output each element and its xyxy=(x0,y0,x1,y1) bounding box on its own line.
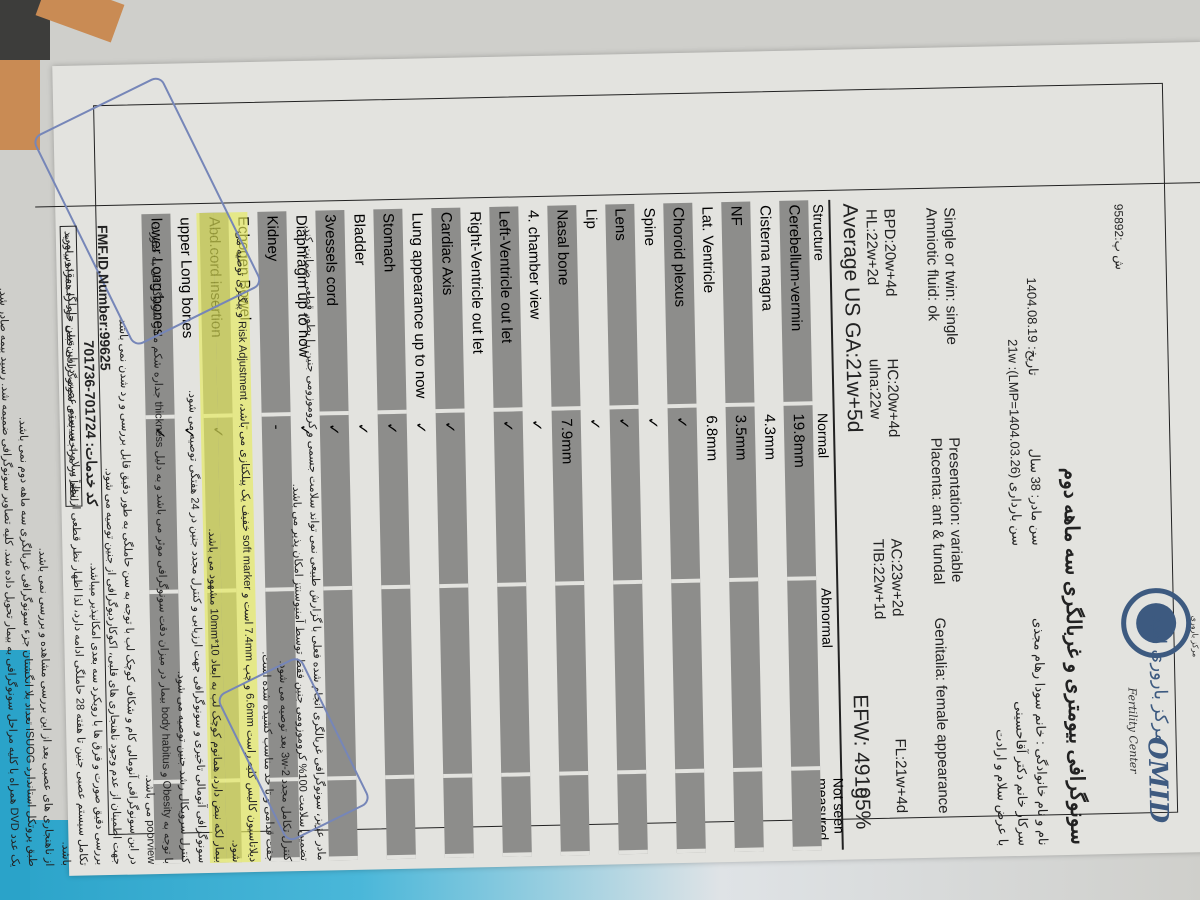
cell-normal: ✓ xyxy=(494,411,527,587)
cell-not-seen xyxy=(733,771,764,852)
amniotic-fluid: Amniotic fluid: ok xyxy=(922,208,941,322)
presentation: Presentation: variable xyxy=(945,437,965,582)
cell-structure: Lung appearance up to now xyxy=(402,208,435,414)
ulna: ulna:22w xyxy=(866,359,884,419)
cell-not-seen xyxy=(472,777,503,858)
hc: HC:20w+4d xyxy=(884,358,903,437)
cell-abnormal xyxy=(468,587,501,778)
cell-abnormal xyxy=(642,583,675,774)
cell-structure: Cardiac Axis xyxy=(431,208,464,414)
cell-normal: ✓ xyxy=(581,409,614,585)
cell-structure: Lip xyxy=(576,205,609,411)
report-date: تاریخ: 1404.08.19 xyxy=(1023,277,1041,375)
fmf-id: FMF.ID.Number:99625 کد خدمات: 701724-701… xyxy=(60,225,117,507)
background-wood-block xyxy=(0,60,40,150)
cell-normal: ✓ xyxy=(523,411,556,587)
cell-not-seen xyxy=(414,778,445,859)
cell-abnormal xyxy=(555,585,588,776)
referrer: سرکار خانم دکتر آقاحسینی xyxy=(1012,701,1031,846)
cell-not-seen xyxy=(762,771,793,852)
cell-abnormal xyxy=(352,589,385,780)
efw: EFW: 491g xyxy=(848,694,874,799)
cell-structure: Cerebellum-vermin xyxy=(779,200,812,406)
cell-structure: Cisterna magna xyxy=(750,201,783,407)
file-number: ش پ:95892 xyxy=(1111,204,1126,270)
cell-not-seen xyxy=(443,777,474,858)
header-abnormal: Abnormal xyxy=(816,580,840,770)
report-header: ش پ:95892 مرکز باروری مرکز باروری امید O… xyxy=(1075,192,1200,844)
greeting: با عرض سلام و ارادت xyxy=(992,729,1010,846)
cell-not-seen xyxy=(501,776,532,857)
cell-normal: ✓ xyxy=(407,413,440,589)
cell-structure: Lat. Ventricle xyxy=(692,202,725,408)
cell-abnormal xyxy=(758,581,791,772)
ultrasound-report-paper: ش پ:95892 مرکز باروری مرکز باروری امید O… xyxy=(52,42,1200,876)
cell-normal: ✓ xyxy=(639,408,672,584)
cell-structure: NF xyxy=(721,201,754,407)
cell-abnormal xyxy=(671,583,704,774)
cell-structure: Lens xyxy=(605,204,638,410)
cell-not-seen xyxy=(675,773,706,854)
cell-not-seen xyxy=(646,773,677,854)
cell-structure: Left-Ventricle out let xyxy=(489,206,522,412)
clinic-name-fa: مرکز باروری امید xyxy=(1148,615,1172,744)
cell-abnormal xyxy=(497,586,530,777)
cell-structure: Spine xyxy=(634,203,667,409)
cell-normal: 7.9mm xyxy=(552,410,585,586)
cell-normal: ✓ xyxy=(610,409,643,585)
cell-abnormal xyxy=(526,586,559,777)
cell-structure: Bladder xyxy=(344,209,377,415)
cell-normal: ✓ xyxy=(436,413,469,589)
cell-abnormal xyxy=(787,580,820,771)
logo-tagline: مرکز باروری xyxy=(1190,616,1200,658)
ac: AC:23w+2d xyxy=(887,538,906,616)
cell-normal: ✓ xyxy=(320,415,353,591)
cell-structure: Nasal bone xyxy=(547,205,580,411)
cell-abnormal xyxy=(584,584,617,775)
tib: TIB:22w+1d xyxy=(869,539,888,620)
cell-not-seen xyxy=(588,774,619,855)
cell-normal: ✓ xyxy=(668,408,701,584)
cell-normal xyxy=(465,412,498,588)
placenta: Placenta: ant & fundal xyxy=(927,437,947,584)
cell-not-seen xyxy=(559,775,590,856)
cell-not-seen xyxy=(385,779,416,860)
cell-abnormal xyxy=(410,588,443,779)
cell-normal: 6.8mm xyxy=(697,407,730,583)
cell-not-seen xyxy=(791,770,822,851)
fl: FL:21w+4d xyxy=(892,738,911,813)
efw-percentile: 95% xyxy=(850,787,875,830)
header-normal: Normal xyxy=(813,405,837,580)
cell-structure: 4. chamber view xyxy=(518,206,551,412)
cell-normal: 19.8mm xyxy=(784,405,817,581)
cell-normal: ✓ xyxy=(378,414,411,590)
cell-structure: Choroid plexus xyxy=(663,203,696,409)
cell-normal: 3.5mm xyxy=(726,406,759,582)
hl: HL:22w+2d xyxy=(862,209,881,286)
single-or-twin: Single or twin: single xyxy=(940,207,960,345)
mother-age: سن مادر: 38 سال xyxy=(1026,448,1044,545)
cell-abnormal xyxy=(439,587,472,778)
cell-not-seen xyxy=(617,774,648,855)
cell-abnormal xyxy=(613,584,646,775)
cell-abnormal xyxy=(381,589,414,780)
cell-structure: Stomach xyxy=(373,209,406,415)
clinic-subtitle: Fertility Center xyxy=(1126,687,1141,773)
clinic-logo: مرکز باروری مرکز باروری امید OMID Fertil… xyxy=(1087,542,1200,834)
cell-structure: Right-Ventricle out let xyxy=(460,207,493,413)
cell-not-seen xyxy=(704,772,735,853)
cell-not-seen xyxy=(530,776,561,857)
cell-normal: ✓ xyxy=(349,414,382,590)
clinic-name-en: OMID xyxy=(1142,737,1174,824)
average-ga: Average US GA:21w+5d xyxy=(837,203,866,432)
header-not-seen: Not seen measured xyxy=(820,770,842,850)
cell-abnormal xyxy=(729,581,762,772)
cell-normal: 4.3mm xyxy=(755,406,788,582)
bpd: BPD:20w+4d xyxy=(880,208,899,296)
cell-structure: 3vessels cord xyxy=(315,210,348,416)
cell-abnormal xyxy=(700,582,733,773)
